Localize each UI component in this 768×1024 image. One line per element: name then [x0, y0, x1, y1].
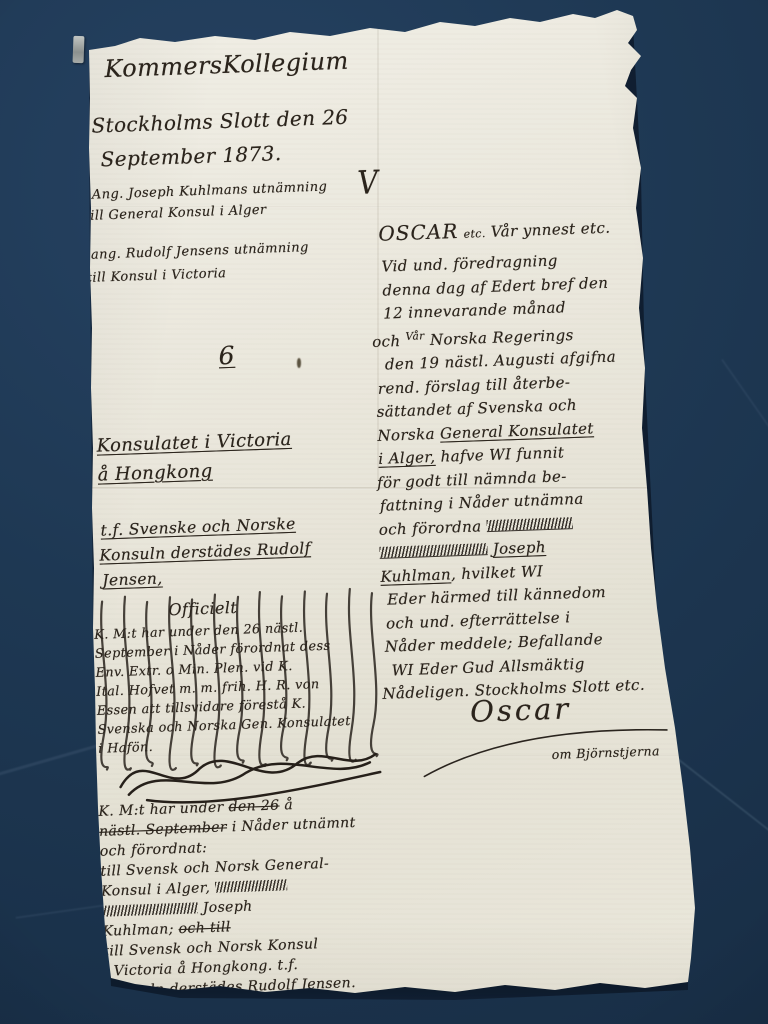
- royal-text: 12 innevarande månad: [383, 298, 566, 322]
- royal-text: Vid und. föredragning: [381, 251, 558, 275]
- annotation-line: till General Konsul i Alger: [84, 203, 266, 224]
- royal-text: , hvilket WI: [451, 562, 544, 583]
- struck-text: den 26: [228, 798, 279, 816]
- royal-body: Vid und. föredragning denna dag af Edert…: [381, 247, 645, 706]
- memo-text: å: [279, 797, 293, 813]
- underlined-text: Kuhlman: [380, 565, 451, 585]
- ink-scribble: [379, 543, 487, 559]
- ink-scribble: [215, 879, 287, 893]
- royal-text: rend. förslag till återbe-: [378, 373, 571, 398]
- royal-text: för godt till nämnda be-: [377, 467, 567, 492]
- royal-text: Nåder meddele; Befallande: [385, 630, 604, 656]
- memo-text: K. M:t har under: [98, 799, 229, 820]
- annotation-line: till Konsul i Victoria: [87, 266, 227, 286]
- royal-name: OSCAR: [378, 219, 459, 246]
- memo: K. M:t har under den 26 å nästl. Septemb…: [98, 793, 361, 1002]
- royal-text: hafve WI funnit: [435, 443, 564, 465]
- date-line: Stockholms Slott den 26: [91, 105, 349, 138]
- appointee-line: t.f. Svenske och Norske: [100, 515, 296, 540]
- royal-greeting: Vår ynnest etc.: [491, 219, 611, 241]
- staple: [73, 36, 85, 63]
- royal-text: Norska: [377, 424, 440, 444]
- annotation-line: ang. Rudolf Jensens utnämning: [91, 240, 309, 263]
- underlined-text: General Konsulatet: [440, 419, 594, 442]
- royal-text: den 19 nästl. Augusti afgifna: [385, 348, 617, 374]
- royal-text: och förordna: [378, 517, 481, 539]
- desk-background: KommersKollegium Stockholms Slott den 26…: [0, 0, 768, 1024]
- ink-scribble: [486, 517, 572, 532]
- annotation-line: Ang. Joseph Kuhlmans utnämning: [92, 179, 328, 202]
- royal-text: och und. efterrättelse i: [386, 608, 571, 632]
- royal-opening: OSCAR etc. Vår ynnest etc.: [378, 214, 611, 246]
- royal-text: WI Eder Gud Allsmäktig: [391, 654, 585, 679]
- underlined-text: i Alger,: [378, 448, 436, 468]
- memo-text: Kuhlman;: [102, 921, 179, 940]
- royal-text: Eder härmed till kännedom: [387, 583, 606, 609]
- memo-text: och förordnat:: [100, 840, 208, 860]
- memo-text: Konsul i Alger,: [101, 880, 211, 900]
- paper-sheet: KommersKollegium Stockholms Slott den 26…: [85, 8, 700, 1000]
- case-heading-line: å Hongkong: [97, 461, 213, 486]
- royal-text: sättandet af Svenska och: [376, 396, 577, 421]
- document-title: KommersKollegium: [104, 47, 349, 84]
- struck-text: nästl. September: [99, 819, 227, 839]
- appointee-line: Jensen,: [102, 569, 163, 589]
- ink-scribble: [102, 902, 198, 916]
- case-heading-line: Konsulatet i Victoria: [96, 429, 292, 457]
- memo-text: i Nåder utnämnt: [227, 815, 356, 835]
- royal-etc: etc.: [463, 227, 486, 241]
- royal-text: och: [372, 331, 406, 350]
- memo-text: Joseph: [202, 899, 252, 917]
- inserted-text: Vår: [405, 330, 425, 343]
- appointee-line: Konsuln derstädes Rudolf: [99, 539, 311, 564]
- date-line: September 1873.: [100, 141, 282, 171]
- case-number: 6: [218, 341, 235, 371]
- royal-text: Norska Regerings: [424, 325, 574, 348]
- desk-scratch: [721, 359, 768, 483]
- underlined-text: Joseph: [492, 538, 546, 558]
- checkmark: V: [356, 163, 381, 202]
- royal-text: fattning i Nåder utnämna: [380, 490, 584, 515]
- document-content: KommersKollegium Stockholms Slott den 26…: [68, 0, 717, 1010]
- struck-text: och till: [178, 919, 231, 937]
